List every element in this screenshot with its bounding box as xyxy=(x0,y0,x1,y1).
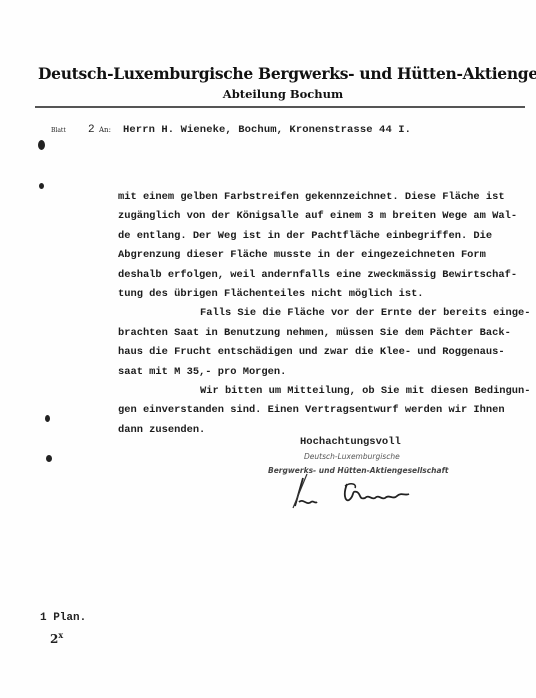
body-line: tung des übrigen Flächenteiles nicht mög… xyxy=(118,285,518,304)
body-line: de entlang. Der Weg ist in der Pachtfläc… xyxy=(118,227,518,246)
letterhead-department: Abteilung Bochum xyxy=(0,87,536,101)
an-label: An: xyxy=(99,126,111,134)
body-line: deshalb erfolgen, weil andernfalls eine … xyxy=(118,266,518,285)
body-line: Abgrenzung dieser Fläche musste in der e… xyxy=(118,246,518,265)
company-stamp-line1: Deutsch-Luxemburgische xyxy=(304,452,400,461)
reference-mark-sup: x xyxy=(58,630,63,640)
handwritten-signature xyxy=(285,472,425,512)
punch-hole-mark xyxy=(39,183,44,189)
letter-body: mit einem gelben Farbstreifen gekennzeic… xyxy=(118,188,518,440)
letterhead-company: Deutsch-Luxemburgische Bergwerks- und Hü… xyxy=(38,64,528,83)
body-line: Wir bitten um Mitteilung, ob Sie mit die… xyxy=(118,382,518,401)
body-line: haus die Frucht entschädigen und zwar di… xyxy=(118,343,518,362)
closing-salutation: Hochachtungsvoll xyxy=(300,436,401,448)
body-line: Falls Sie die Fläche vor der Ernte der b… xyxy=(118,304,518,323)
punch-hole-mark xyxy=(46,455,52,462)
body-line: saat mit M 35,- pro Morgen. xyxy=(118,363,518,382)
recipient-address: Herrn H. Wieneke, Bochum, Kronenstrasse … xyxy=(123,124,411,136)
body-line: zugänglich von der Königsalle auf einem … xyxy=(118,207,518,226)
punch-hole-mark xyxy=(45,415,50,422)
letter-page: Deutsch-Luxemburgische Bergwerks- und Hü… xyxy=(0,0,536,698)
address-line: Blatt 2 An: Herrn H. Wieneke, Bochum, Kr… xyxy=(0,124,536,138)
punch-hole-mark xyxy=(38,140,45,150)
letterhead-divider xyxy=(35,106,525,108)
body-line: brachten Saat in Benutzung nehmen, müsse… xyxy=(118,324,518,343)
enclosure-note: 1 Plan. xyxy=(40,612,86,624)
body-line: mit einem gelben Farbstreifen gekennzeic… xyxy=(118,188,518,207)
reference-mark: 2x xyxy=(50,630,63,646)
blatt-label: Blatt xyxy=(51,127,66,134)
body-line: gen einverstanden sind. Einen Vertragsen… xyxy=(118,401,518,420)
page-number: 2 xyxy=(88,124,95,136)
